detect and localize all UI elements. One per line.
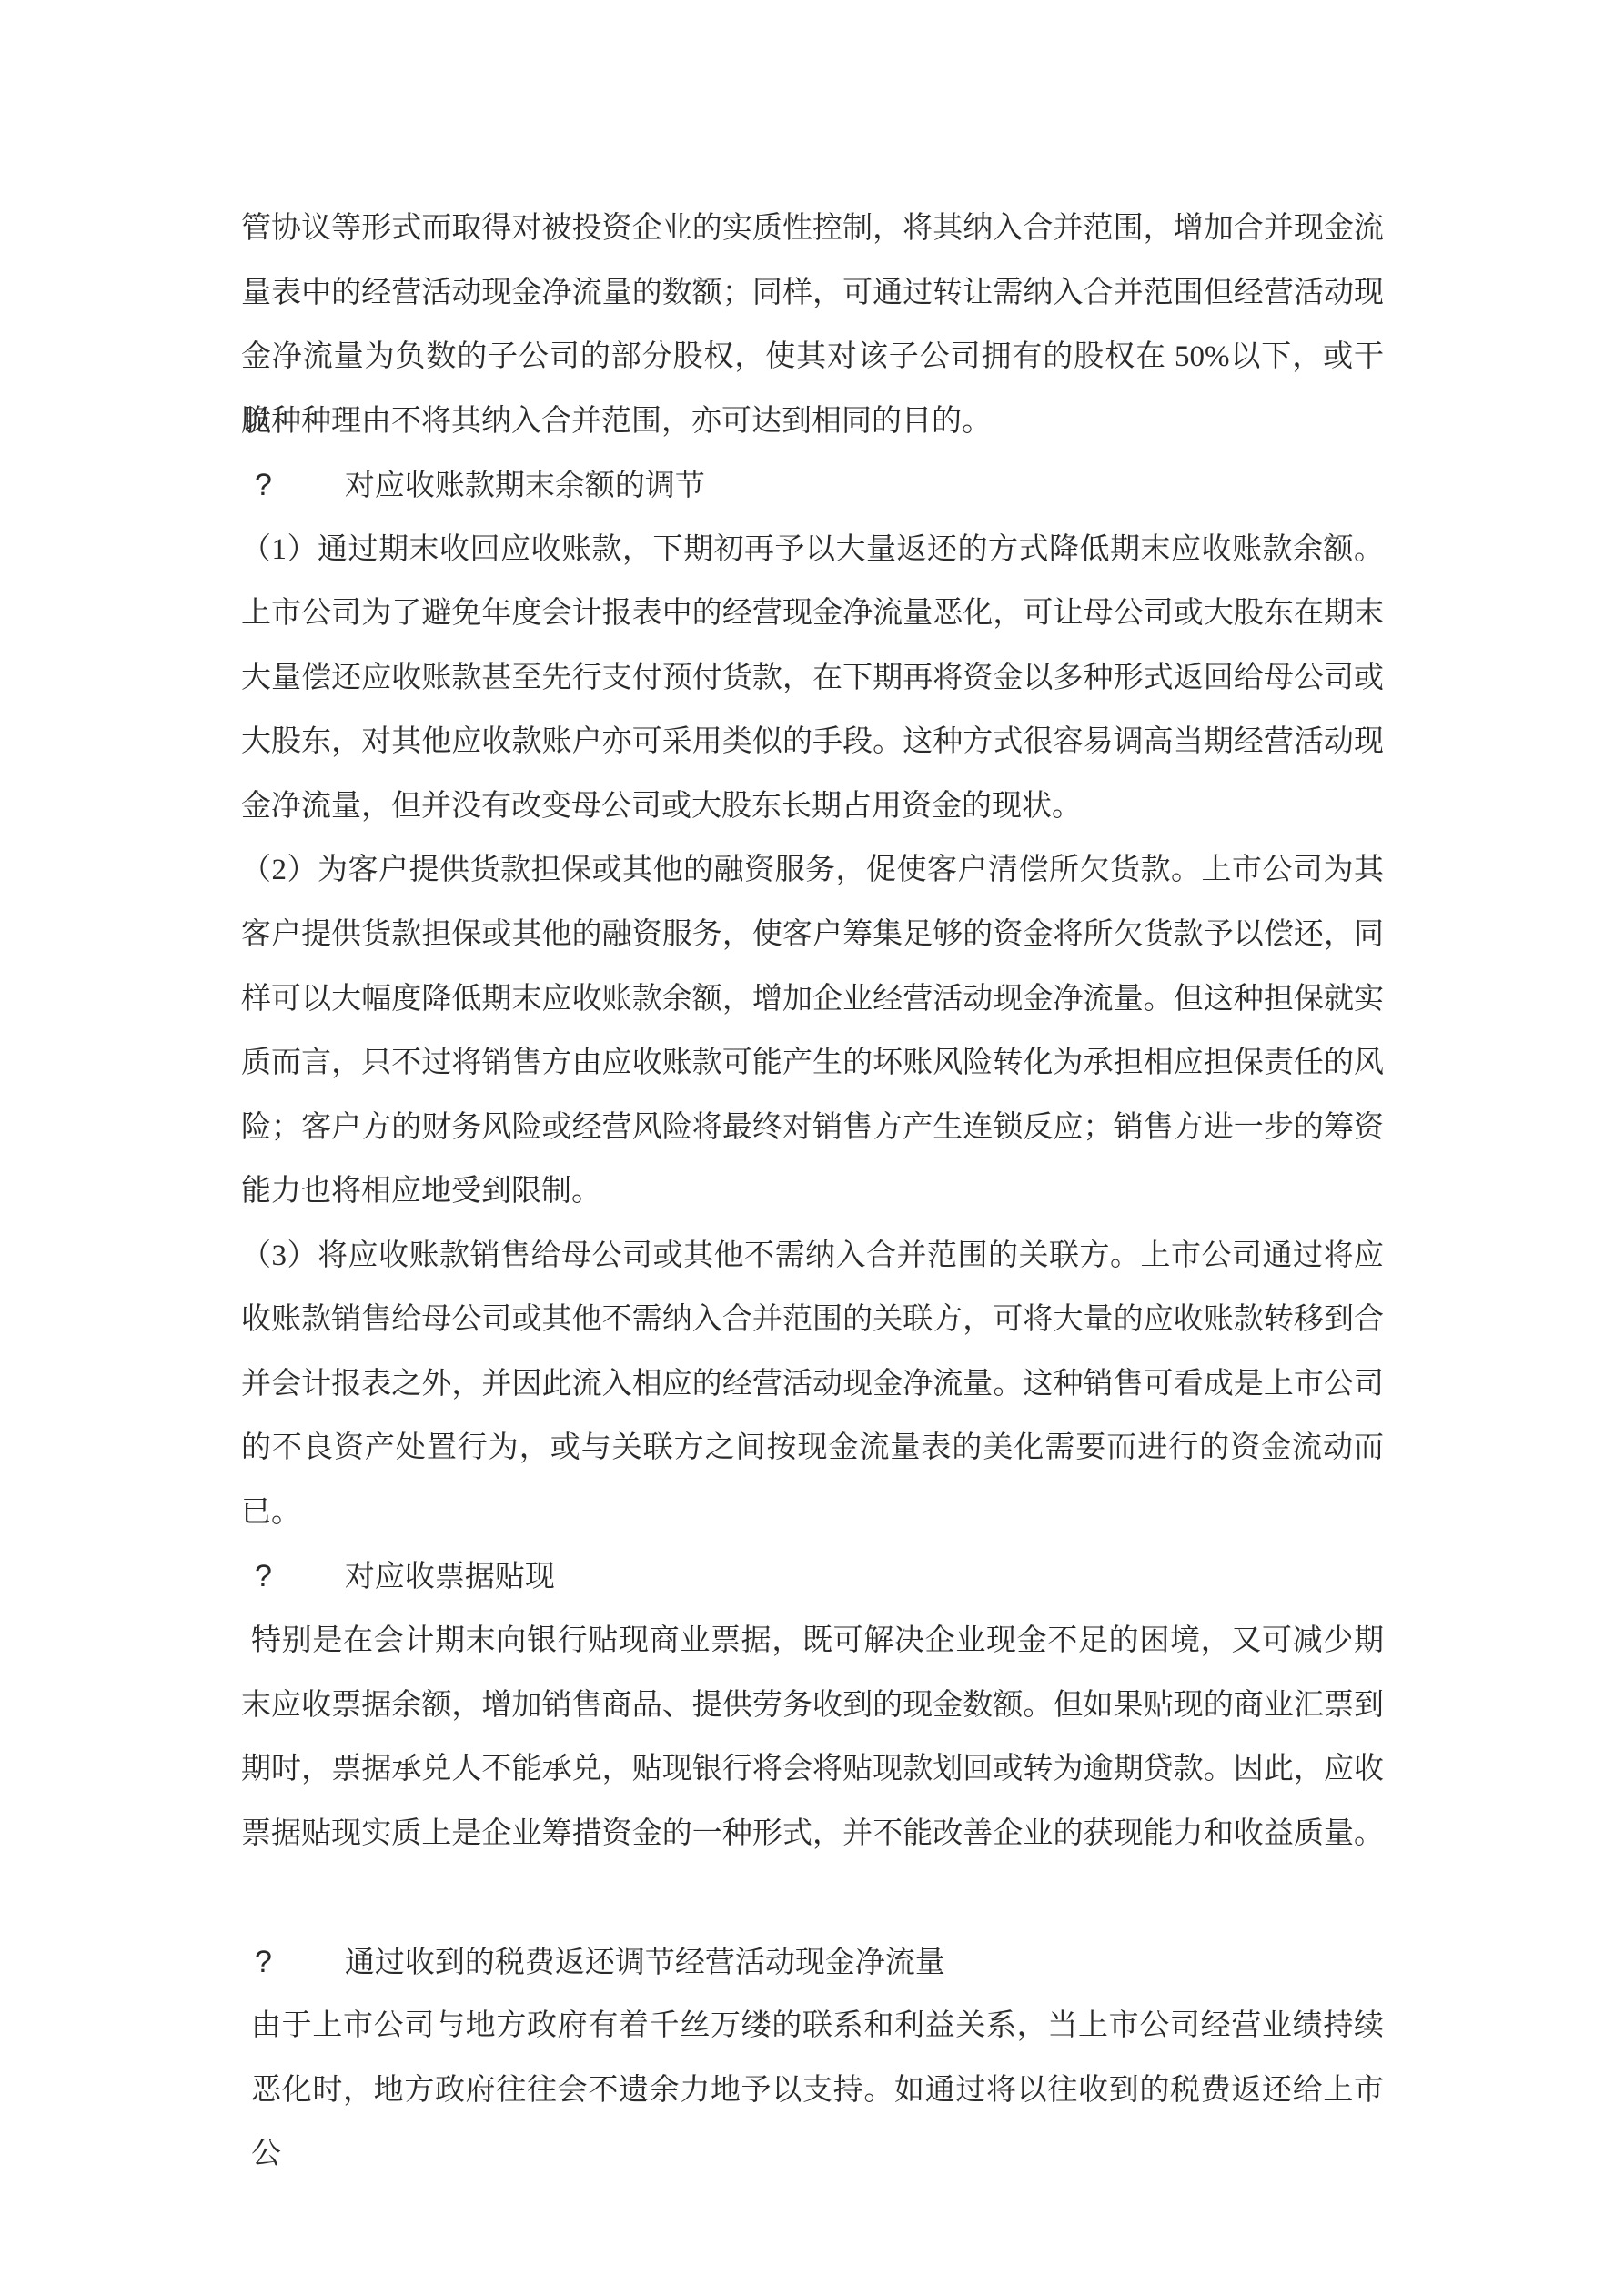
- text-block: 管协议等形式而取得对被投资企业的实质性控制，将其纳入合并范围，增加合并现金流 量…: [241, 197, 1384, 2122]
- text-line: 管协议等形式而取得对被投资企业的实质性控制，将其纳入合并范围，增加合并现金流: [241, 197, 1384, 261]
- text-line: 期时，票据承兑人不能承兑，贴现银行将会将贴现款划回或转为逾期贷款。因此，应收: [241, 1737, 1384, 1802]
- text-line: （1）通过期末收回应收账款，下期初再予以大量返还的方式降低期末应收账款余额。: [241, 518, 1384, 582]
- bullet-heading: 通过收到的税费返还调节经营活动现金净流量: [345, 1931, 945, 1996]
- blank-line: [241, 1866, 1384, 1930]
- text-line: 客户提供货款担保或其他的融资服务，使客户筹集足够的资金将所欠货款予以偿还，同: [241, 903, 1384, 967]
- text-line: （2）为客户提供货款担保或其他的融资服务，促使客户清偿所欠货款。上市公司为其: [241, 838, 1384, 903]
- text-line: 以种种理由不将其纳入合并范围，亦可达到相同的目的。: [241, 389, 1384, 454]
- text-line: 险；客户方的财务风险或经营风险将最终对销售方产生连锁反应；销售方进一步的筹资: [241, 1096, 1384, 1160]
- bullet-line: ?对应收票据贴现: [241, 1544, 1384, 1609]
- document-page: 管协议等形式而取得对被投资企业的实质性控制，将其纳入合并范围，增加合并现金流 量…: [0, 0, 1624, 2296]
- text-line: 票据贴现实质上是企业筹措资金的一种形式，并不能改善企业的获现能力和收益质量。: [241, 1802, 1384, 1866]
- text-line: 的不良资产处置行为，或与关联方之间按现金流量表的美化需要而进行的资金流动而: [241, 1416, 1384, 1481]
- text-line: 大股东，对其他应收款账户亦可采用类似的手段。这种方式很容易调高当期经营活动现: [241, 710, 1384, 774]
- text-line: 质而言，只不过将销售方由应收账款可能产生的坏账风险转化为承担相应担保责任的风: [241, 1031, 1384, 1096]
- text-line: 末应收票据余额，增加销售商品、提供劳务收到的现金数额。但如果贴现的商业汇票到: [241, 1674, 1384, 1738]
- bullet-line: ?通过收到的税费返还调节经营活动现金净流量: [241, 1930, 1384, 1995]
- text-line: 上市公司为了避免年度会计报表中的经营现金净流量恶化，可让母公司或大股东在期末: [241, 582, 1384, 646]
- bullet-question-marker: ?: [241, 1930, 272, 1995]
- text-line: 特别是在会计期末向银行贴现商业票据，既可解决企业现金不足的困境，又可减少期: [241, 1609, 1384, 1674]
- bullet-question-marker: ?: [241, 1544, 272, 1609]
- bullet-line: ?对应收账款期末余额的调节: [241, 453, 1384, 518]
- text-line: 能力也将相应地受到限制。: [241, 1159, 1384, 1224]
- bullet-question-marker: ?: [241, 453, 272, 518]
- bullet-heading: 对应收账款期末余额的调节: [345, 454, 705, 519]
- text-line: 已。: [241, 1481, 1384, 1545]
- text-line: 金净流量，但并没有改变母公司或大股东长期占用资金的现状。: [241, 774, 1384, 839]
- text-line: 大量偿还应收账款甚至先行支付预付货款，在下期再将资金以多种形式返回给母公司或: [241, 646, 1384, 711]
- text-line: 金净流量为负数的子公司的部分股权，使其对该子公司拥有的股权在 50%以下，或干脆: [241, 325, 1384, 389]
- text-line: 由于上市公司与地方政府有着千丝万缕的联系和利益关系，当上市公司经营业绩持续: [241, 1994, 1384, 2058]
- text-line: 样可以大幅度降低期末应收账款余额，增加企业经营活动现金净流量。但这种担保就实: [241, 967, 1384, 1032]
- text-line: 收账款销售给母公司或其他不需纳入合并范围的关联方，可将大量的应收账款转移到合: [241, 1288, 1384, 1352]
- text-line: 恶化时，地方政府往往会不遗余力地予以支持。如通过将以往收到的税费返还给上市公: [241, 2058, 1384, 2123]
- text-line: 量表中的经营活动现金净流量的数额；同样，可通过转让需纳入合并范围但经营活动现: [241, 261, 1384, 326]
- text-line: 并会计报表之外，并因此流入相应的经营活动现金净流量。这种销售可看成是上市公司: [241, 1352, 1384, 1417]
- text-line: （3）将应收账款销售给母公司或其他不需纳入合并范围的关联方。上市公司通过将应: [241, 1224, 1384, 1289]
- bullet-heading: 对应收票据贴现: [345, 1545, 555, 1610]
